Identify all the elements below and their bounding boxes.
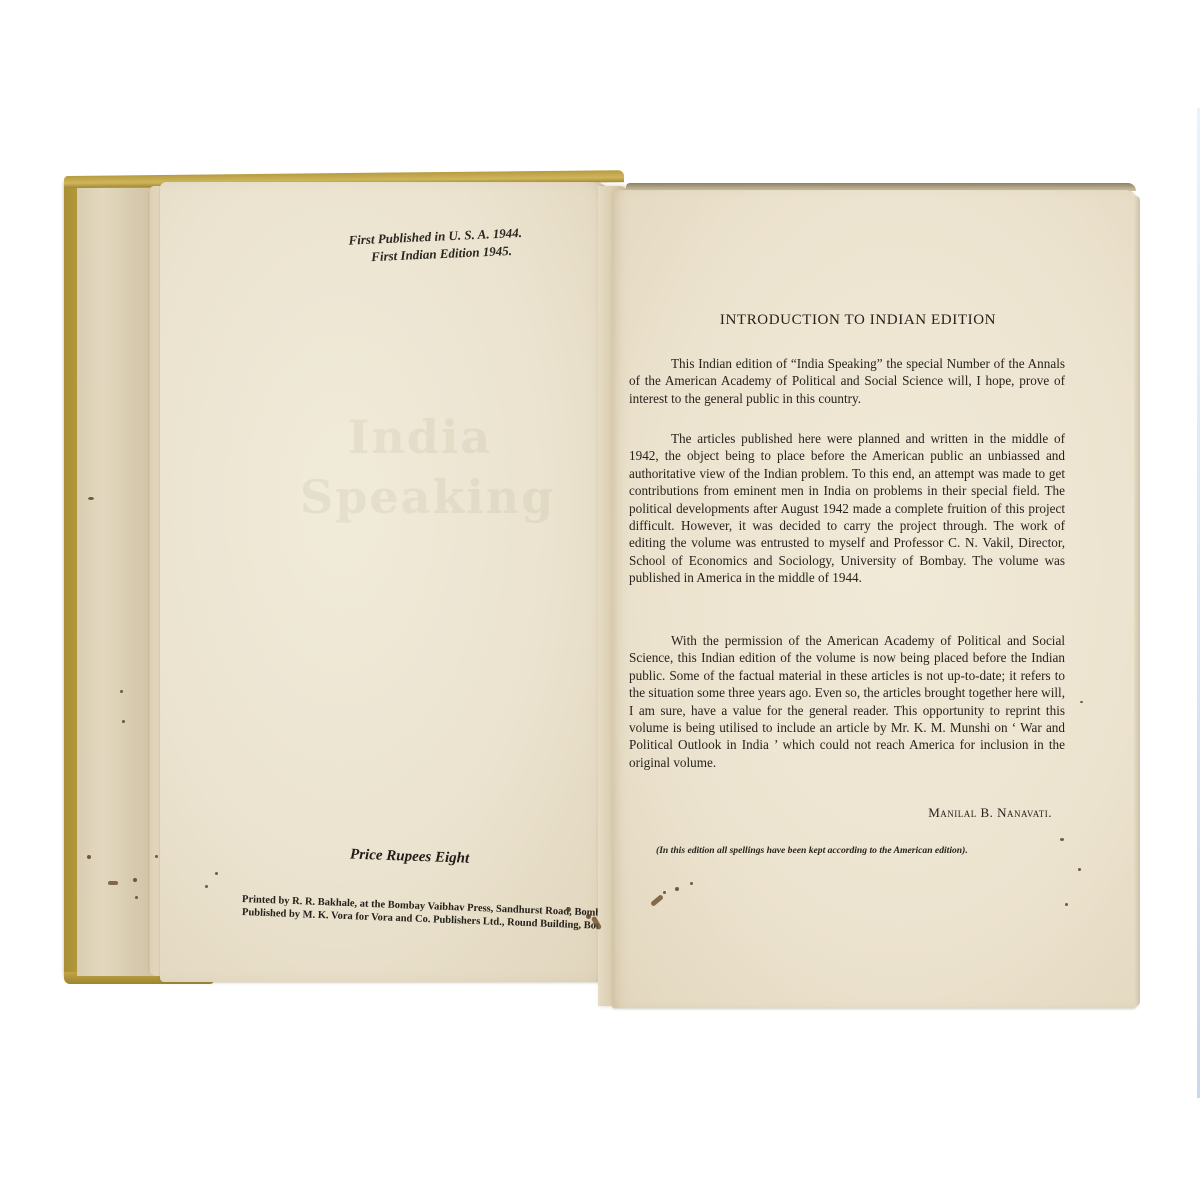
foxing-spot	[205, 885, 208, 888]
foxing-spot	[566, 907, 571, 912]
left-page: India Speaking First Published in U. S. …	[160, 182, 612, 982]
foxing-spot	[1060, 838, 1064, 841]
foxing-spot	[120, 690, 123, 693]
foxing-spot	[215, 872, 218, 875]
spelling-note: (In this edition all spellings have been…	[656, 845, 1056, 856]
foxing-spot	[690, 882, 693, 885]
ghost-title-showthrough: India Speaking	[300, 407, 540, 527]
price-line: Price Rupees Eight	[350, 847, 491, 869]
foxing-spot	[1080, 701, 1083, 703]
foxing-spot	[1078, 868, 1081, 871]
right-page: INTRODUCTION TO INDIAN EDITION This Indi…	[612, 190, 1136, 1008]
paragraph-3: With the permission of the American Acad…	[629, 632, 1065, 771]
foxing-spot	[675, 887, 679, 891]
foxing-spot	[87, 855, 91, 859]
foxing-spot	[133, 878, 137, 882]
page-title: INTRODUCTION TO INDIAN EDITION	[708, 312, 1008, 329]
foxing-spot	[135, 896, 138, 899]
page-block-right-edge	[1134, 196, 1140, 1006]
foxing-spot	[155, 855, 158, 858]
foxing-spot	[108, 881, 118, 885]
foxing-spot	[586, 914, 591, 919]
paragraph-1: This Indian edition of “India Speaking” …	[629, 355, 1065, 407]
foxing-spot	[1065, 903, 1068, 906]
book-photo: India Speaking First Published in U. S. …	[0, 0, 1200, 1200]
foxing-spot	[663, 891, 666, 894]
foxing-spot	[88, 497, 94, 500]
paragraph-2: The articles published here were planned…	[629, 430, 1065, 587]
author-signature: Manilal B. Nanavati.	[892, 805, 1052, 821]
foxing-spot	[122, 720, 125, 723]
